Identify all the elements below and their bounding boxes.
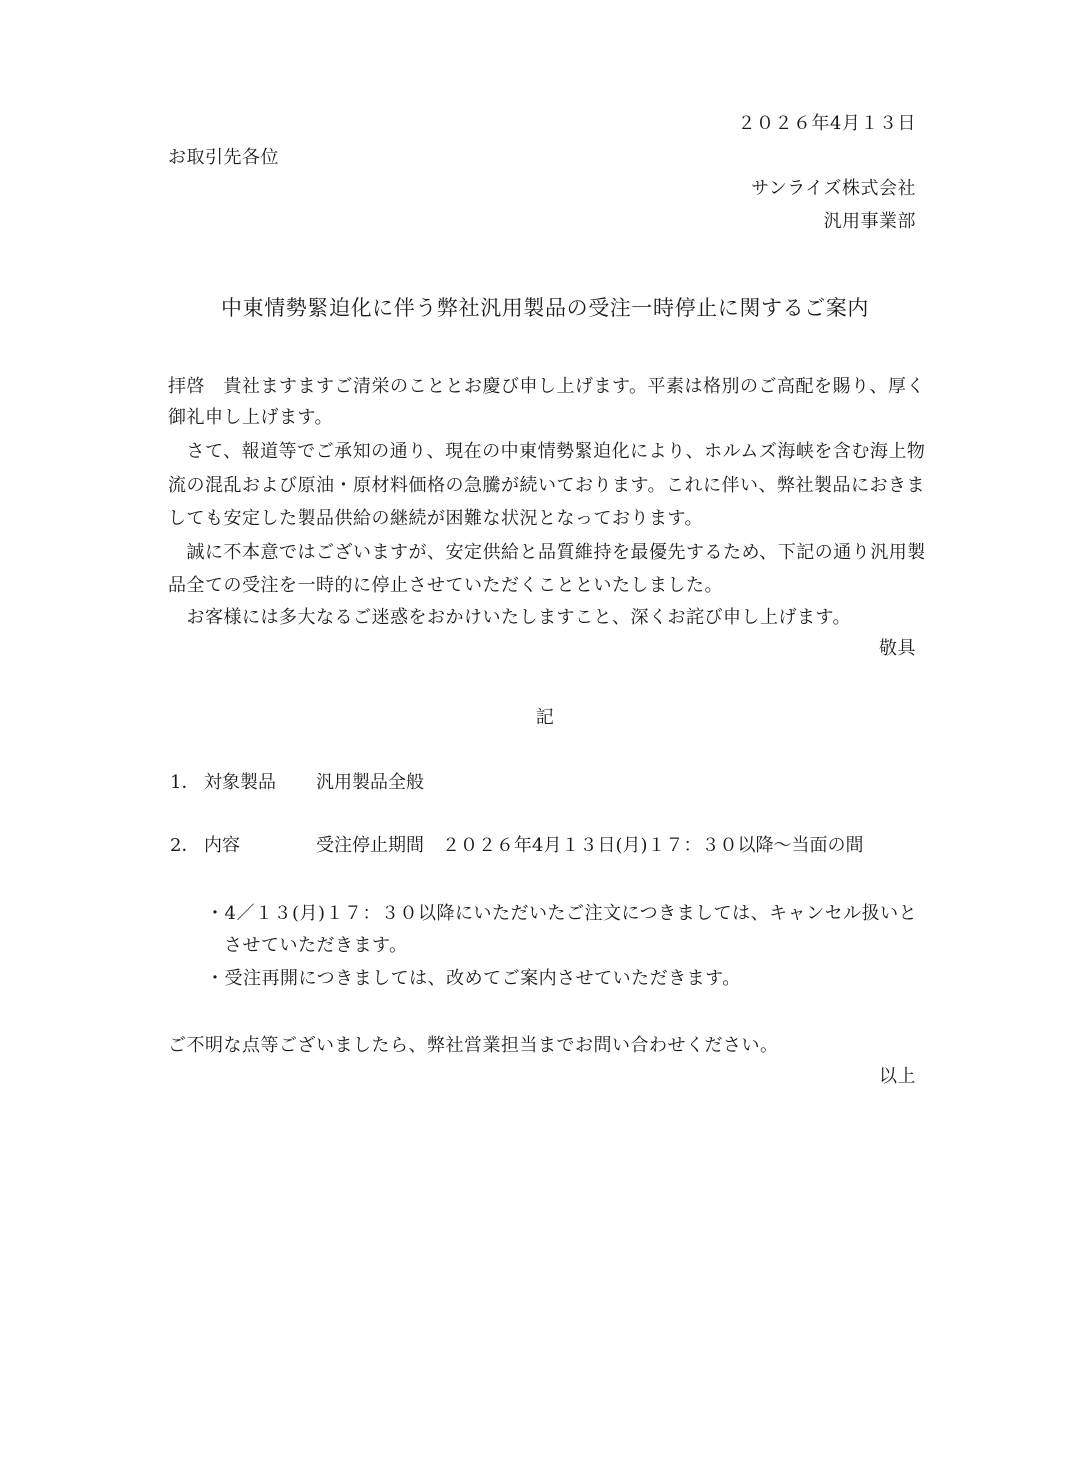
bullet-cancellation: ・4／１３(月)１７：３０以降にいただいたご注文につきましては、キャンセル扱いと xyxy=(206,902,917,926)
bullet-cancellation-cont: させていただきます。 xyxy=(224,934,408,958)
notice-heading: 記 xyxy=(0,706,1076,730)
body-line: 御礼申し上げます。 xyxy=(168,406,333,430)
item-value: 汎用製品全般 xyxy=(316,771,424,795)
item-number: 1． xyxy=(170,771,199,795)
body-line: 誠に不本意ではございますが、安定供給と品質維持を最優先するため、下記の通り汎用製 xyxy=(168,541,926,565)
body-line: 品全ての受注を一時的に停止させていただくことといたしました。 xyxy=(168,574,723,598)
sender-department: 汎用事業部 xyxy=(824,210,917,234)
body-line: さて、報道等でご承知の通り、現在の中東情勢緊迫化により、ホルムズ海峡を含む海上物 xyxy=(168,440,925,464)
document-date: ２０２６年4月１３日 xyxy=(738,112,916,136)
bullet-resumption: ・受注再開につきましては、改めてご案内させていただきます。 xyxy=(206,967,741,991)
item-label: 内容 xyxy=(204,834,240,858)
body-line: お客様には多大なるご迷惑をおかけいたしますこと、深くお詫び申し上げます。 xyxy=(168,606,851,630)
sender-company: サンライズ株式会社 xyxy=(751,177,916,201)
body-line: 流の混乱および原油・原材料価格の急騰が続いております。これに伴い、弊社製品におき… xyxy=(168,474,925,498)
body-line: しても安定した製品供給の継続が困難な状況となっております。 xyxy=(168,507,703,531)
recipient: お取引先各位 xyxy=(168,146,279,170)
closing-ijou: 以上 xyxy=(879,1065,916,1089)
item-label: 対象製品 xyxy=(204,771,276,795)
contact-note: ご不明な点等ございましたら、弊社営業担当までお問い合わせください。 xyxy=(168,1034,779,1058)
document-title: 中東情勢緊迫化に伴う弊社汎用製品の受注一時停止に関するご案内 xyxy=(0,296,1076,320)
closing-keigu: 敬具 xyxy=(879,637,916,661)
item-number: 2． xyxy=(170,834,199,858)
item-value: 受注停止期間 ２０２６年4月１３日(月)１７：３０以降～当面の間 xyxy=(316,834,864,858)
body-line: 拝啓 貴社ますますご清栄のこととお慶び申し上げます。平素は格別のご高配を賜り、厚… xyxy=(168,375,925,399)
